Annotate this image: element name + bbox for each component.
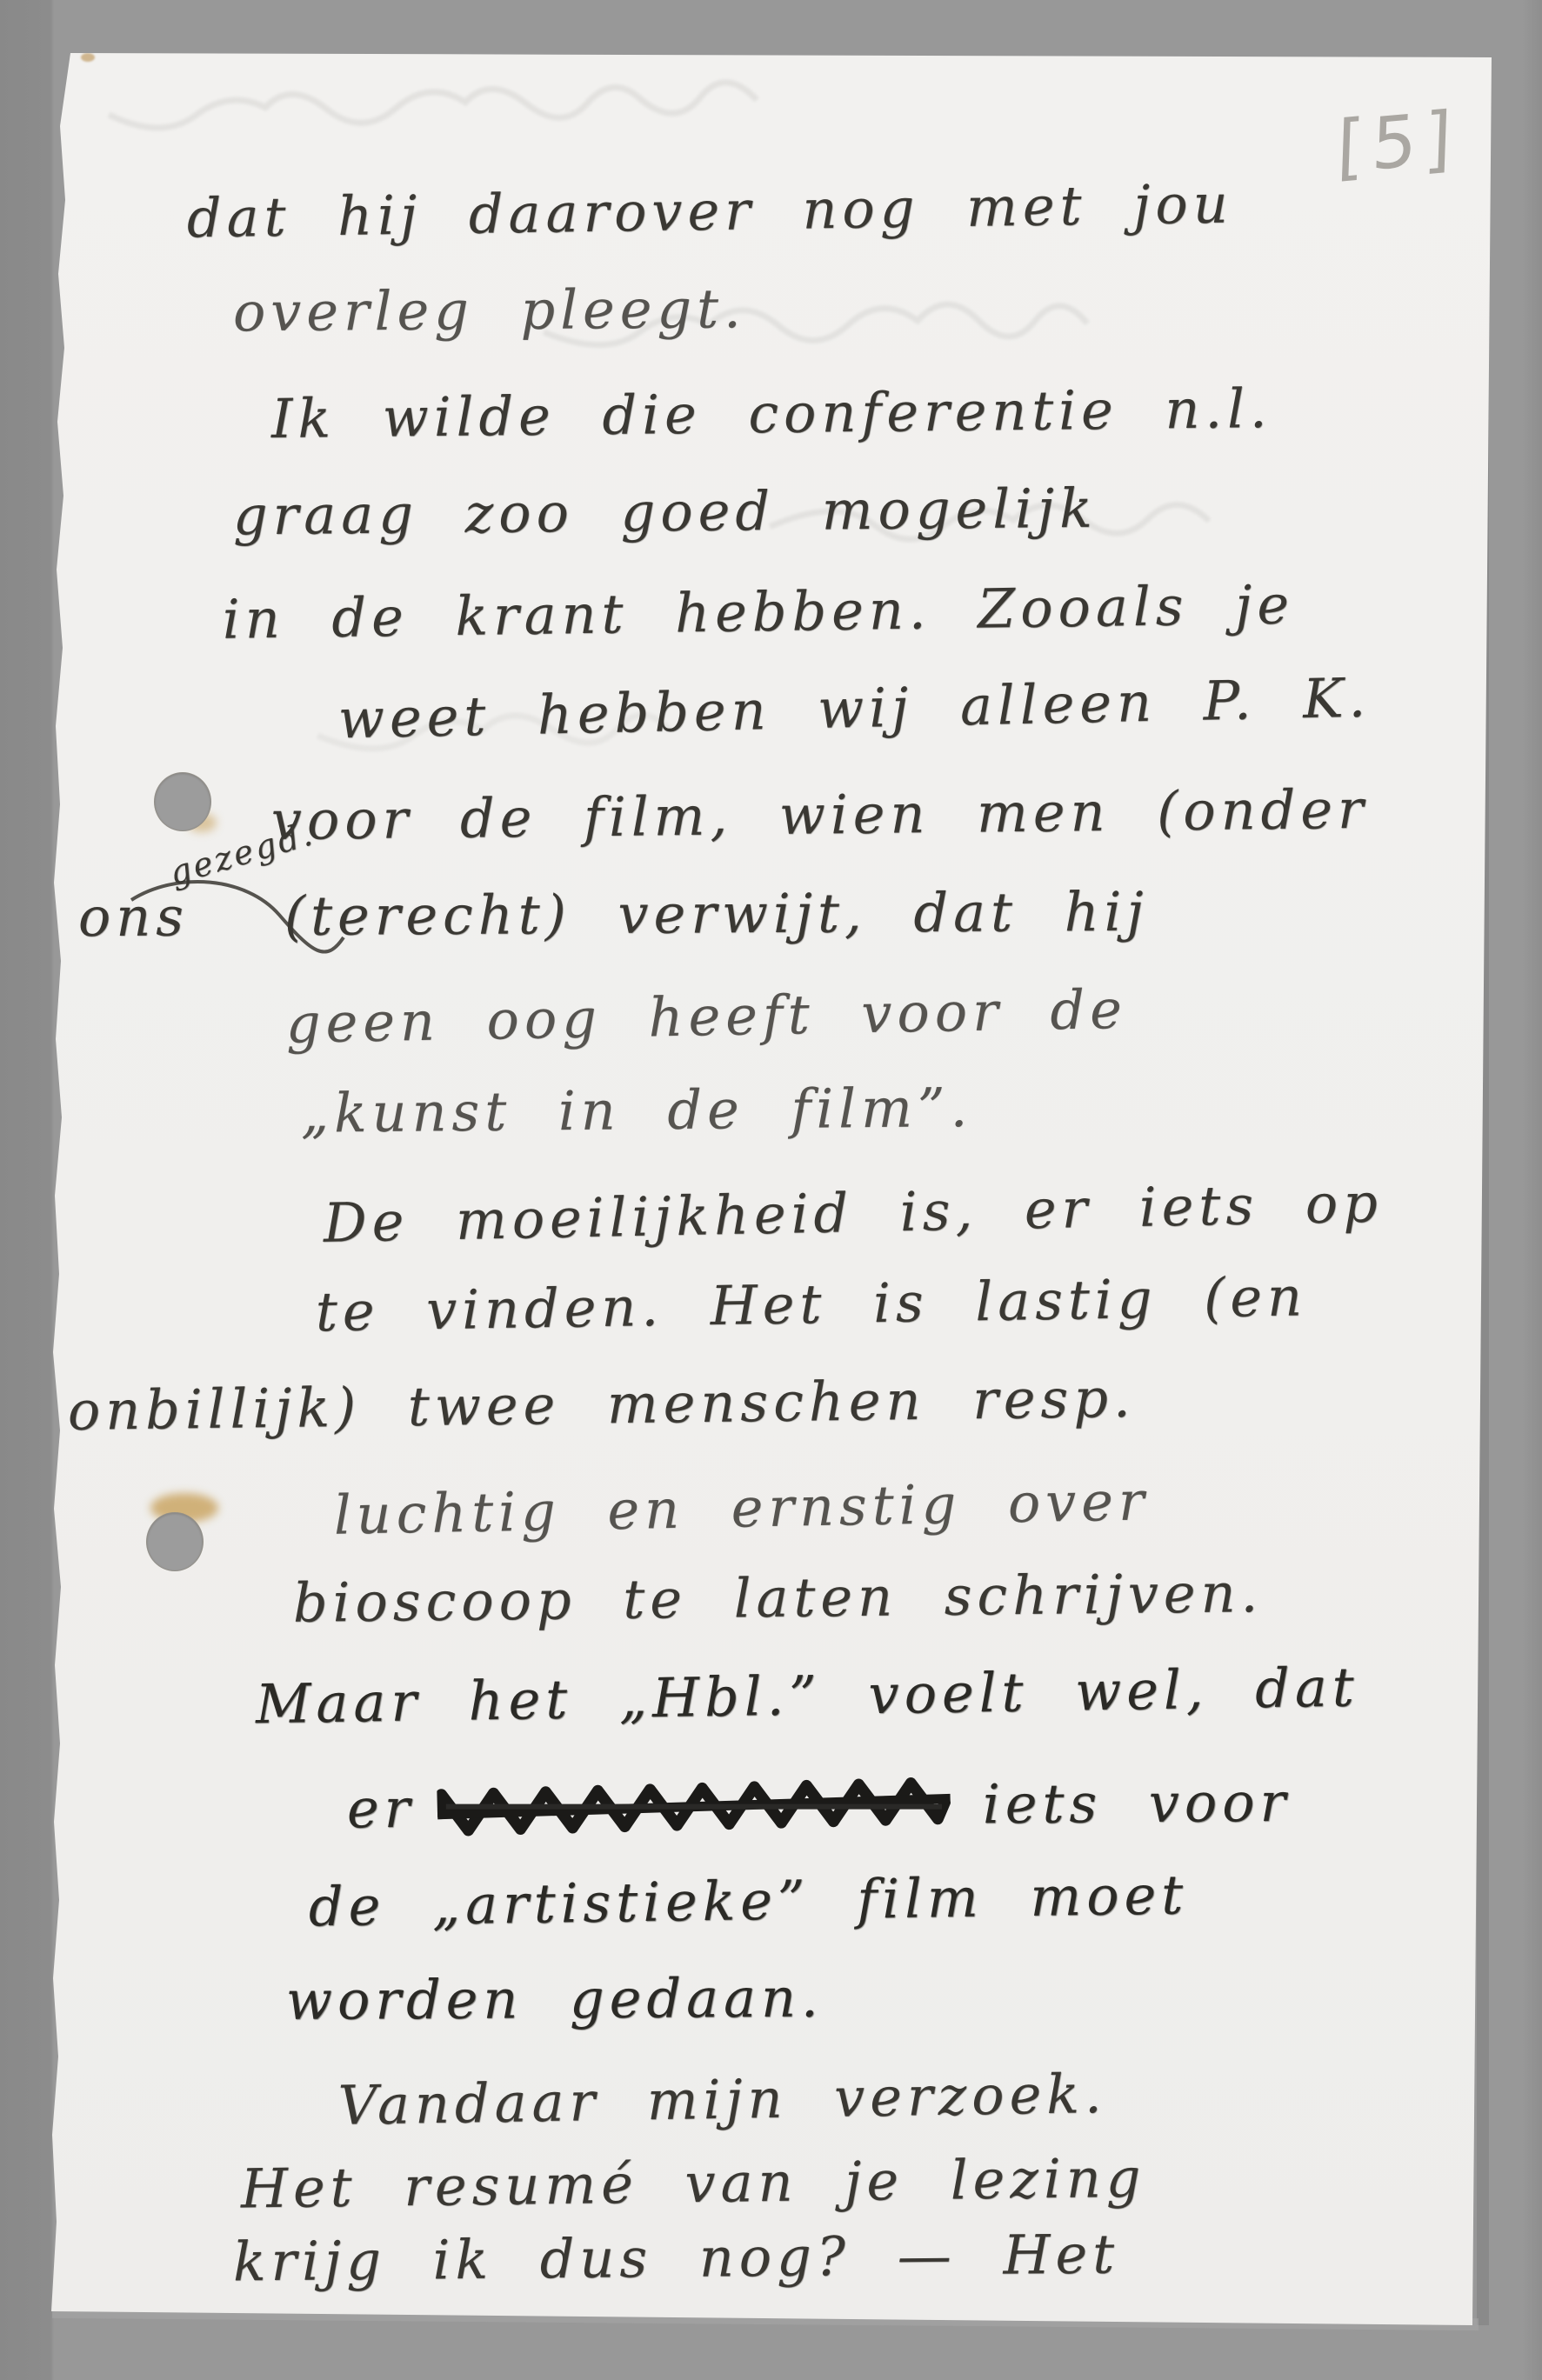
letter-text-segment: dat hij daarover nog met jou [186,172,1233,250]
letter-text-segment: Ik wilde die conferentie n.l. [271,377,1272,450]
letter-text-segment: onbillijk) twee menschen resp. [67,1366,1136,1443]
letter-text-segment: Het resumé van je lezing [240,2146,1145,2221]
paper: [5] dat hij daarover nog met jouoverleg … [48,48,1493,2328]
letter-text-segment: voor de film, wien men (onder [271,777,1369,852]
letter-line: luchtig en ernstig over [47,1463,1493,1576]
letter-text-segment: worden gedaan. [286,1966,824,2032]
letter-text-segment: geen oog heeft voor de [285,977,1127,1056]
letter-text-segment: Maar het „Hbl.” voelt wel, dat [255,1655,1359,1736]
letter-line: de „artistieke” film moet [47,1858,1493,1965]
letter-line: krijg ik dus nog? — Het [48,2219,1494,2318]
letter-text-segment: overleg pleegt. [233,277,746,343]
letter-line: bioscoop te laten schrijven. [48,1558,1494,1660]
letter-text-segment: krijg ik dus nog? — Het [233,2223,1120,2294]
letter-text-segment: iets voor [983,1770,1292,1836]
letter-line: „kunst in de film”. [48,1071,1494,1170]
letter-line: eriets voor [48,1769,1494,1866]
letter-line: in de krant hebben. Zooals je [47,570,1493,677]
letter-text-segment: de „artistieke” film moet [308,1863,1188,1938]
paper-stain-fleck [81,53,95,62]
strikethrough-scribble [437,1778,951,1837]
letter-line: overleg pleegt. [48,271,1494,369]
letter-text-segment: „kunst in de film”. [301,1076,973,1145]
letter-line: Maar het „Hbl.” voelt wel, dat [47,1653,1493,1763]
bleed-through-text [99,52,763,153]
letter-text-segment: (terecht) verwijt, dat hij [284,880,1149,948]
letter-line: dat hij daarover nog met jou [47,168,1493,275]
letter-line: worden gedaan. [48,1963,1494,2057]
scanned-letter-page: { "document": { "kind": "handwritten let… [0,0,1542,2380]
letter-text-segment: bioscoop te laten schrijven. [293,1561,1264,1635]
letter-line: graag zoo goed mogelijk [48,473,1494,572]
letter-text-segment: De moeilijkheid is, er iets op [323,1170,1383,1254]
letter-text-segment: in de krant hebben. Zooals je [222,573,1294,651]
letter-text-segment: er [347,1777,416,1841]
letter-text-segment: ons [78,885,189,950]
letter-line: onsgezegd.(terecht) verwijt, dat hij [48,878,1494,973]
letter-text-segment: luchtig en ernstig over [333,1469,1150,1546]
letter-text-segment: graag zoo goed mogelijk [233,477,1098,548]
letter-text-segment: Vandaar mijn verzoek. [337,2062,1107,2137]
letter-text-segment: te vinden. Het is lastig (en [315,1264,1307,1343]
letter-line: onbillijk) twee menschen resp. [47,1362,1493,1466]
letter-text-segment: weet hebben wij alleen P. K. [337,666,1372,751]
letter-line: weet hebben wij alleen P. K. [47,663,1494,781]
letter-line: Ik wilde die conferentie n.l. [48,374,1494,476]
letter-line: geen oog heeft voor de [47,971,1493,1083]
